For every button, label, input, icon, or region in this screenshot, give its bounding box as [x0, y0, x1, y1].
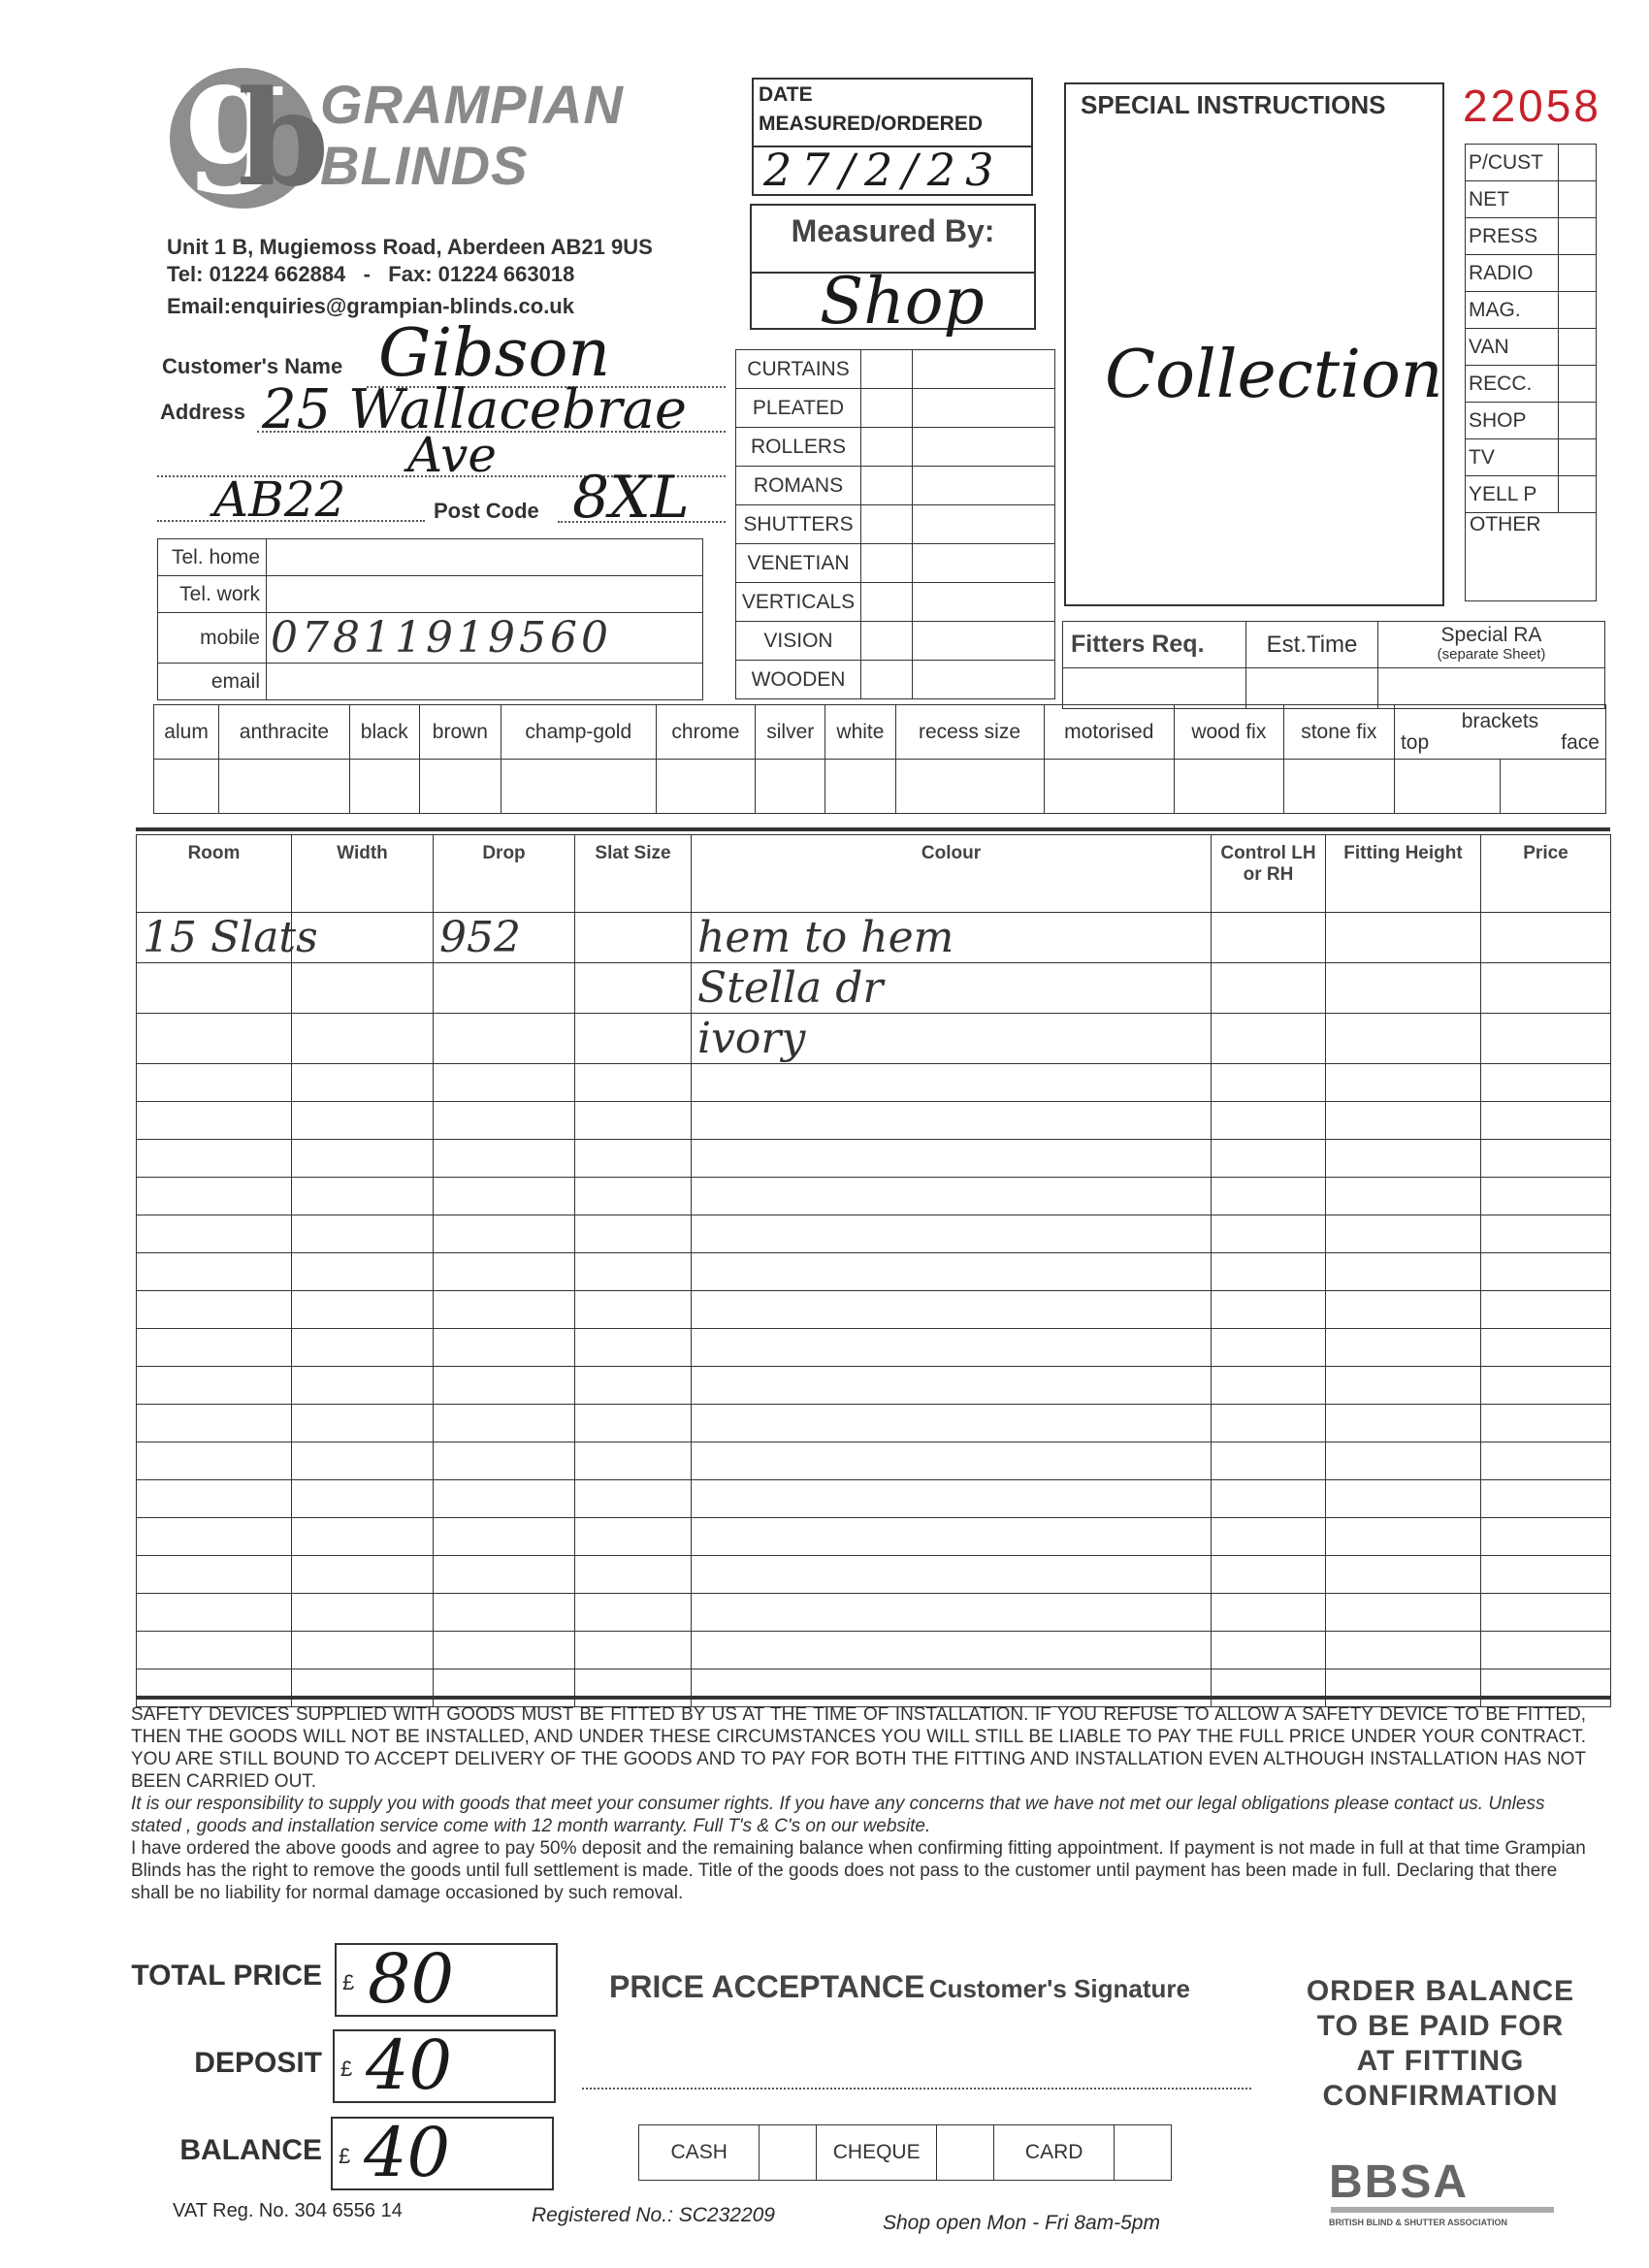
- brackets-top-checkbox[interactable]: [1394, 760, 1500, 814]
- finish-option-checkbox[interactable]: [825, 760, 895, 814]
- items-cell[interactable]: [1212, 1594, 1326, 1632]
- measured-by-box: Measured By: Shop: [750, 204, 1036, 330]
- source-checkbox[interactable]: [1559, 329, 1597, 366]
- postcode-label: Post Code: [434, 499, 539, 524]
- product-type-qty[interactable]: [861, 622, 913, 661]
- items-cell[interactable]: [1481, 1556, 1611, 1594]
- items-cell[interactable]: [137, 1102, 292, 1140]
- items-cell[interactable]: [1212, 1253, 1326, 1291]
- items-cell[interactable]: [292, 1140, 434, 1178]
- items-cell[interactable]: [692, 1291, 1212, 1329]
- items-cell[interactable]: [575, 1291, 692, 1329]
- payment-method-checkbox[interactable]: [760, 2125, 817, 2181]
- items-column-header: Width: [292, 835, 434, 913]
- product-type-qty[interactable]: [861, 505, 913, 544]
- finish-option-checkbox[interactable]: [419, 760, 501, 814]
- company-name-line2: BLINDS: [320, 134, 528, 197]
- order-balance-line: AT FITTING: [1285, 2044, 1596, 2079]
- items-cell[interactable]: [137, 1253, 292, 1291]
- items-cell[interactable]: [434, 1518, 575, 1556]
- items-cell[interactable]: [575, 1215, 692, 1253]
- total-price-field[interactable]: £ 80: [335, 1943, 558, 2017]
- source-checkbox[interactable]: [1559, 403, 1597, 439]
- product-type-label: WOODEN: [736, 661, 861, 699]
- items-cell[interactable]: [137, 1329, 292, 1367]
- items-cell[interactable]: [575, 1480, 692, 1518]
- shop-hours: Shop open Mon - Fri 8am-5pm: [883, 2212, 1160, 2235]
- source-label: PRESS: [1466, 218, 1559, 255]
- finish-option-label: black: [349, 705, 419, 760]
- items-column-header: Slat Size: [575, 835, 692, 913]
- items-cell[interactable]: [1212, 1102, 1326, 1140]
- balance-label: BALANCE: [128, 2134, 322, 2167]
- special-ra-field[interactable]: [1378, 668, 1605, 709]
- items-cell[interactable]: [137, 1014, 292, 1064]
- items-cell[interactable]: [1326, 1367, 1481, 1405]
- finish-option-checkbox[interactable]: [501, 760, 656, 814]
- date-value[interactable]: 27/2/23: [763, 144, 1003, 196]
- items-cell[interactable]: [292, 1367, 434, 1405]
- items-cell[interactable]: [692, 1102, 1212, 1140]
- items-cell[interactable]: [292, 1594, 434, 1632]
- items-cell[interactable]: [434, 1291, 575, 1329]
- finish-option-checkbox[interactable]: [1283, 760, 1394, 814]
- items-cell[interactable]: [1212, 1064, 1326, 1102]
- items-cell[interactable]: [1326, 1253, 1481, 1291]
- source-checkbox[interactable]: [1559, 218, 1597, 255]
- items-cell[interactable]: [692, 1329, 1212, 1367]
- items-cell[interactable]: [575, 1669, 692, 1707]
- brackets-face-checkbox[interactable]: [1500, 760, 1605, 814]
- items-cell[interactable]: [137, 1405, 292, 1442]
- items-cell[interactable]: [292, 963, 434, 1014]
- items-cell[interactable]: [434, 1253, 575, 1291]
- items-cell[interactable]: [575, 1367, 692, 1405]
- items-cell[interactable]: [692, 1215, 1212, 1253]
- items-cell[interactable]: [1326, 1442, 1481, 1480]
- product-type-notes[interactable]: [913, 661, 1055, 699]
- items-cell[interactable]: [292, 1669, 434, 1707]
- items-cell[interactable]: [1326, 1291, 1481, 1329]
- items-cell[interactable]: [1326, 1556, 1481, 1594]
- finish-option-label: alum: [154, 705, 219, 760]
- payment-method-checkbox[interactable]: [1115, 2125, 1172, 2181]
- items-cell[interactable]: [292, 1253, 434, 1291]
- fitters-req-field[interactable]: [1063, 668, 1246, 709]
- items-column-header: Colour: [692, 835, 1212, 913]
- safety-notice: SAFETY DEVICES SUPPLIED WITH GOODS MUST …: [131, 1703, 1586, 1793]
- est-time-field[interactable]: [1246, 668, 1378, 709]
- contact-field[interactable]: [267, 576, 703, 613]
- brackets-sub: topface: [1395, 732, 1605, 754]
- items-cell[interactable]: [1212, 1442, 1326, 1480]
- items-cell[interactable]: [1326, 1329, 1481, 1367]
- items-cell[interactable]: [1326, 1014, 1481, 1064]
- items-cell[interactable]: [575, 1064, 692, 1102]
- items-cell[interactable]: [1481, 1178, 1611, 1215]
- items-cell[interactable]: [434, 1014, 575, 1064]
- items-cell[interactable]: [137, 1594, 292, 1632]
- items-cell[interactable]: [1481, 1064, 1611, 1102]
- items-cell[interactable]: [434, 1102, 575, 1140]
- source-checkbox[interactable]: [1559, 439, 1597, 476]
- product-type-notes[interactable]: [913, 428, 1055, 467]
- items-cell[interactable]: [1481, 1442, 1611, 1480]
- items-cell[interactable]: [1212, 1215, 1326, 1253]
- items-cell[interactable]: [434, 963, 575, 1014]
- items-cell[interactable]: [1481, 1102, 1611, 1140]
- items-cell[interactable]: [292, 1480, 434, 1518]
- deposit-label: DEPOSIT: [128, 2047, 322, 2080]
- payment-method-checkbox[interactable]: [937, 2125, 994, 2181]
- contact-field[interactable]: 07811919560: [267, 613, 703, 664]
- payment-method-label: CHEQUE: [816, 2125, 936, 2181]
- items-row: [137, 1405, 1611, 1442]
- items-cell[interactable]: [434, 1140, 575, 1178]
- items-cell[interactable]: [434, 1556, 575, 1594]
- items-cell[interactable]: [1481, 1594, 1611, 1632]
- items-cell[interactable]: [692, 1632, 1212, 1669]
- contact-label: email: [158, 664, 267, 700]
- date-box: DATE MEASURED/ORDERED 27/2/23: [752, 78, 1033, 196]
- items-cell[interactable]: [575, 963, 692, 1014]
- order-balance-line: TO BE PAID FOR: [1285, 2009, 1596, 2044]
- items-cell[interactable]: [1481, 1669, 1611, 1707]
- items-cell[interactable]: [1481, 1291, 1611, 1329]
- items-cell[interactable]: [1481, 1367, 1611, 1405]
- items-cell[interactable]: [1481, 963, 1611, 1014]
- items-cell[interactable]: [1326, 1632, 1481, 1669]
- product-type-table: CURTAINSPLEATEDROLLERSROMANSSHUTTERSVENE…: [735, 349, 1055, 699]
- items-cell[interactable]: [137, 1442, 292, 1480]
- items-cell[interactable]: hem to hem: [692, 913, 1212, 963]
- items-cell[interactable]: [1326, 1594, 1481, 1632]
- finish-option-checkbox[interactable]: [349, 760, 419, 814]
- company-phone-fax: Tel: 01224 662884 - Fax: 01224 663018: [167, 262, 574, 287]
- product-type-qty[interactable]: [861, 389, 913, 428]
- items-cell[interactable]: [292, 1014, 434, 1064]
- product-type-qty[interactable]: [861, 583, 913, 622]
- items-cell[interactable]: [1212, 1480, 1326, 1518]
- source-checkbox[interactable]: [1559, 255, 1597, 292]
- items-cell[interactable]: 15 Slats: [137, 913, 292, 963]
- items-cell[interactable]: [434, 1064, 575, 1102]
- finish-option-checkbox[interactable]: [895, 760, 1044, 814]
- items-cell[interactable]: [1326, 1480, 1481, 1518]
- product-type-notes[interactable]: [913, 389, 1055, 428]
- items-cell[interactable]: [1481, 1518, 1611, 1556]
- items-cell[interactable]: [292, 1442, 434, 1480]
- source-label: SHOP: [1466, 403, 1559, 439]
- product-type-notes[interactable]: [913, 505, 1055, 544]
- deposit-field[interactable]: £ 40: [333, 2029, 556, 2103]
- source-label: YELL P: [1466, 476, 1559, 513]
- items-cell[interactable]: [434, 1367, 575, 1405]
- address-label: Address: [160, 400, 245, 425]
- brackets-header: bracketstopface: [1394, 705, 1605, 760]
- items-row: [137, 1632, 1611, 1669]
- items-cell[interactable]: [137, 1140, 292, 1178]
- address-line2-field[interactable]: Ave: [407, 427, 497, 483]
- items-cell[interactable]: [1212, 1518, 1326, 1556]
- source-label: TV: [1466, 439, 1559, 476]
- finish-option-checkbox[interactable]: [1044, 760, 1175, 814]
- product-type-notes[interactable]: [913, 544, 1055, 583]
- order-balance-note: ORDER BALANCETO BE PAID FORAT FITTINGCON…: [1285, 1974, 1596, 2114]
- items-table-bottom-rule: [136, 1696, 1610, 1700]
- items-cell[interactable]: [692, 1556, 1212, 1594]
- product-type-label: CURTAINS: [736, 350, 861, 389]
- items-cell[interactable]: [575, 1594, 692, 1632]
- items-cell[interactable]: [434, 1329, 575, 1367]
- items-cell[interactable]: [1326, 963, 1481, 1014]
- items-cell[interactable]: [137, 1518, 292, 1556]
- items-cell[interactable]: [1212, 1632, 1326, 1669]
- items-cell[interactable]: [137, 1556, 292, 1594]
- fitters-table: Fitters Req. Est.Time Special RA (separa…: [1062, 621, 1605, 709]
- balance-field[interactable]: £ 40: [331, 2117, 554, 2190]
- items-row: [137, 1480, 1611, 1518]
- est-time-label: Est.Time: [1246, 622, 1378, 668]
- product-type-qty[interactable]: [861, 428, 913, 467]
- items-cell[interactable]: [692, 1518, 1212, 1556]
- address-line3-field[interactable]: AB22: [213, 471, 345, 528]
- product-type-label: SHUTTERS: [736, 505, 861, 544]
- items-cell[interactable]: [434, 1480, 575, 1518]
- items-cell[interactable]: [292, 1405, 434, 1442]
- items-cell[interactable]: [292, 1215, 434, 1253]
- product-type-label: ROLLERS: [736, 428, 861, 467]
- items-cell[interactable]: [434, 1669, 575, 1707]
- product-type-notes[interactable]: [913, 583, 1055, 622]
- items-cell[interactable]: [434, 1178, 575, 1215]
- items-cell[interactable]: [137, 963, 292, 1014]
- items-cell[interactable]: Stella dr: [692, 963, 1212, 1014]
- items-table-top-rule: [136, 827, 1610, 831]
- items-cell[interactable]: [137, 1480, 292, 1518]
- items-cell[interactable]: [137, 1291, 292, 1329]
- items-cell[interactable]: [434, 1594, 575, 1632]
- items-cell[interactable]: [575, 1253, 692, 1291]
- price-acceptance-title: PRICE ACCEPTANCE: [609, 1969, 924, 2004]
- measured-by-label: Measured By:: [752, 213, 1034, 249]
- source-label: NET: [1466, 181, 1559, 218]
- finish-option-label: white: [825, 705, 895, 760]
- items-cell[interactable]: [1212, 1556, 1326, 1594]
- finish-option-label: brown: [419, 705, 501, 760]
- product-type-notes[interactable]: [913, 467, 1055, 505]
- finish-option-label: stone fix: [1283, 705, 1394, 760]
- items-cell[interactable]: [434, 1215, 575, 1253]
- finish-option-checkbox[interactable]: [656, 760, 756, 814]
- product-type-label: VERTICALS: [736, 583, 861, 622]
- items-cell[interactable]: [1212, 1178, 1326, 1215]
- source-other[interactable]: OTHER: [1466, 513, 1597, 601]
- items-cell[interactable]: [1481, 1140, 1611, 1178]
- items-cell[interactable]: [692, 1064, 1212, 1102]
- bbsa-logo: BBSA: [1329, 2155, 1469, 2209]
- brackets-top-label: top: [1401, 732, 1429, 754]
- items-cell[interactable]: [137, 1064, 292, 1102]
- customer-signature-label: Customer's Signature: [929, 1974, 1190, 2003]
- signature-line[interactable]: [582, 2088, 1251, 2090]
- items-cell[interactable]: [1481, 1329, 1611, 1367]
- items-cell[interactable]: [1326, 1064, 1481, 1102]
- items-cell[interactable]: [292, 1102, 434, 1140]
- items-cell[interactable]: [434, 1405, 575, 1442]
- items-cell[interactable]: [434, 1442, 575, 1480]
- items-cell[interactable]: [292, 1556, 434, 1594]
- product-type-qty[interactable]: [861, 350, 913, 389]
- items-cell[interactable]: [1326, 1102, 1481, 1140]
- source-checkbox[interactable]: [1559, 366, 1597, 403]
- items-cell[interactable]: [1212, 913, 1326, 963]
- payment-method-label: CASH: [639, 2125, 760, 2181]
- source-label: RECC.: [1466, 366, 1559, 403]
- finish-option-label: recess size: [895, 705, 1044, 760]
- items-cell[interactable]: [575, 1140, 692, 1178]
- items-cell[interactable]: [692, 1405, 1212, 1442]
- items-cell[interactable]: [292, 1291, 434, 1329]
- special-instructions-box: SPECIAL INSTRUCTIONS Collection: [1064, 82, 1444, 606]
- finish-option-checkbox[interactable]: [756, 760, 825, 814]
- items-cell[interactable]: [1212, 1329, 1326, 1367]
- items-cell[interactable]: [1481, 1405, 1611, 1442]
- product-type-label: VENETIAN: [736, 544, 861, 583]
- product-type-qty[interactable]: [861, 661, 913, 699]
- items-cell[interactable]: [1212, 963, 1326, 1014]
- total-price-label: TOTAL PRICE: [128, 1960, 322, 1993]
- source-checkbox[interactable]: [1559, 145, 1597, 181]
- items-cell[interactable]: [575, 1014, 692, 1064]
- items-cell[interactable]: [434, 1632, 575, 1669]
- items-cell[interactable]: [1326, 1405, 1481, 1442]
- items-cell[interactable]: [292, 1178, 434, 1215]
- items-cell[interactable]: [137, 1632, 292, 1669]
- items-row: [137, 1669, 1611, 1707]
- items-column-header: Price: [1481, 835, 1611, 913]
- items-cell[interactable]: [1326, 1140, 1481, 1178]
- items-cell[interactable]: [137, 1367, 292, 1405]
- source-label: MAG.: [1466, 292, 1559, 329]
- finish-option-label: silver: [756, 705, 825, 760]
- items-cell[interactable]: [692, 1178, 1212, 1215]
- items-cell[interactable]: [1481, 1632, 1611, 1669]
- items-cell[interactable]: [1212, 1291, 1326, 1329]
- items-cell[interactable]: [1212, 1405, 1326, 1442]
- finish-option-checkbox[interactable]: [154, 760, 219, 814]
- postcode-field[interactable]: 8XL: [572, 464, 690, 532]
- items-cell[interactable]: [575, 1405, 692, 1442]
- items-cell[interactable]: [1481, 1480, 1611, 1518]
- pound-symbol: £: [339, 2144, 350, 2169]
- items-cell[interactable]: [692, 1442, 1212, 1480]
- items-cell[interactable]: [292, 1064, 434, 1102]
- items-row: ivory: [137, 1014, 1611, 1064]
- items-cell[interactable]: [575, 1632, 692, 1669]
- items-cell[interactable]: [1326, 913, 1481, 963]
- items-cell[interactable]: [1326, 1178, 1481, 1215]
- items-cell[interactable]: [1326, 1669, 1481, 1707]
- company-address: Unit 1 B, Mugiemoss Road, Aberdeen AB21 …: [167, 235, 653, 260]
- source-checkbox[interactable]: [1559, 181, 1597, 218]
- items-row: [137, 1215, 1611, 1253]
- items-cell[interactable]: [692, 1367, 1212, 1405]
- items-cell[interactable]: [692, 1480, 1212, 1518]
- product-type-qty[interactable]: [861, 467, 913, 505]
- company-name-line1: GRAMPIAN: [320, 73, 624, 136]
- items-cell[interactable]: [1481, 913, 1611, 963]
- measured-by-value[interactable]: Shop: [820, 264, 985, 339]
- items-cell[interactable]: [575, 1556, 692, 1594]
- items-cell[interactable]: [292, 1632, 434, 1669]
- items-cell[interactable]: [1481, 1014, 1611, 1064]
- items-cell[interactable]: [1481, 1215, 1611, 1253]
- items-cell[interactable]: [1326, 1518, 1481, 1556]
- product-type-label: VISION: [736, 622, 861, 661]
- items-cell[interactable]: [575, 1518, 692, 1556]
- items-cell[interactable]: [575, 1329, 692, 1367]
- items-cell[interactable]: [137, 1178, 292, 1215]
- contact-field[interactable]: [267, 539, 703, 576]
- items-cell[interactable]: [137, 1215, 292, 1253]
- items-cell[interactable]: [1212, 1140, 1326, 1178]
- fitters-req-label: Fitters Req.: [1063, 622, 1246, 668]
- product-type-qty[interactable]: [861, 544, 913, 583]
- customer-name-label: Customer's Name: [162, 354, 342, 379]
- items-cell[interactable]: [692, 1253, 1212, 1291]
- items-cell[interactable]: [292, 1518, 434, 1556]
- items-cell[interactable]: [692, 1594, 1212, 1632]
- items-row: [137, 1102, 1611, 1140]
- product-type-notes[interactable]: [913, 622, 1055, 661]
- items-cell[interactable]: [575, 913, 692, 963]
- finish-option-checkbox[interactable]: [219, 760, 350, 814]
- items-row: [137, 1442, 1611, 1480]
- items-cell[interactable]: [1212, 1014, 1326, 1064]
- total-price-value: 80: [368, 1939, 454, 2019]
- items-cell[interactable]: [1212, 1669, 1326, 1707]
- order-number: 22058: [1463, 80, 1601, 132]
- source-checkbox[interactable]: [1559, 292, 1597, 329]
- date-label-line2: MEASURED/ORDERED: [759, 113, 983, 136]
- finish-option-label: champ-gold: [501, 705, 656, 760]
- contact-field[interactable]: [267, 664, 703, 700]
- items-cell[interactable]: [137, 1669, 292, 1707]
- items-cell[interactable]: [1326, 1215, 1481, 1253]
- items-cell[interactable]: [575, 1442, 692, 1480]
- finish-option-label: wood fix: [1175, 705, 1284, 760]
- special-instructions-value[interactable]: Collection: [1105, 337, 1443, 413]
- items-cell[interactable]: 952: [434, 913, 575, 963]
- product-type-label: PLEATED: [736, 389, 861, 428]
- items-cell[interactable]: [292, 1329, 434, 1367]
- items-cell[interactable]: [1212, 1367, 1326, 1405]
- items-cell[interactable]: [692, 1140, 1212, 1178]
- items-cell[interactable]: ivory: [692, 1014, 1212, 1064]
- contact-label: mobile: [158, 613, 267, 664]
- items-cell[interactable]: [1481, 1253, 1611, 1291]
- balance-value: 40: [364, 2113, 450, 2192]
- finish-option-checkbox[interactable]: [1175, 760, 1284, 814]
- items-column-header: Fitting Height: [1326, 835, 1481, 913]
- special-ra-sublabel: (separate Sheet): [1378, 645, 1604, 664]
- source-checkbox[interactable]: [1559, 476, 1597, 513]
- items-cell[interactable]: [575, 1178, 692, 1215]
- items-cell[interactable]: [575, 1102, 692, 1140]
- product-type-notes[interactable]: [913, 350, 1055, 389]
- items-cell[interactable]: [692, 1669, 1212, 1707]
